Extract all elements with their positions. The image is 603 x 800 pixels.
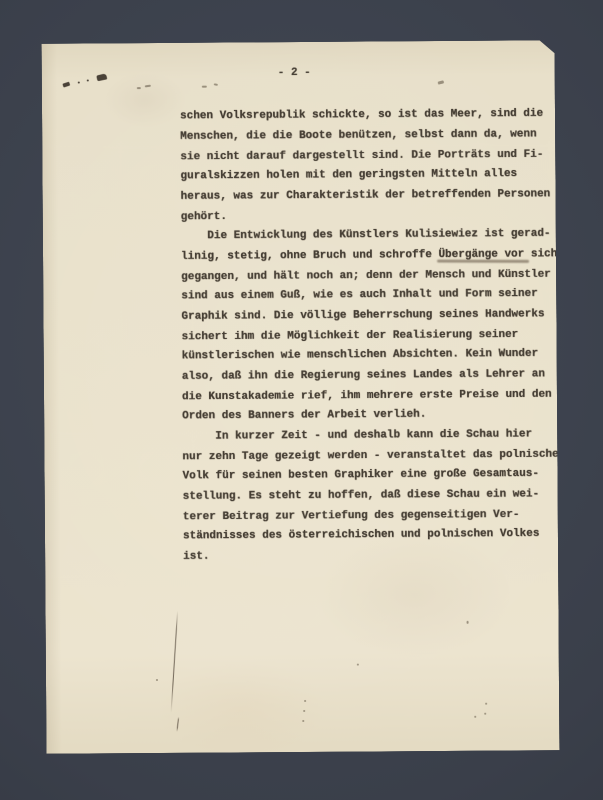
ink-speck — [214, 83, 218, 86]
text-line: Orden des Banners der Arbeit verlieh. — [182, 404, 582, 427]
ink-speck — [304, 700, 306, 702]
text-line: ständnisses des österreichischen und pol… — [183, 524, 583, 547]
crease-line — [176, 717, 179, 732]
ink-speck — [145, 85, 151, 88]
ink-speck — [357, 664, 359, 666]
text-line: ist. — [183, 544, 583, 567]
ink-speck — [484, 713, 486, 715]
ink-speck — [137, 87, 141, 89]
text-line: guralskizzen holen mit den geringsten Mi… — [180, 164, 580, 187]
text-line: schen Volksrepublik schickte, so ist das… — [180, 104, 580, 127]
ink-speck — [474, 716, 476, 718]
text-line: künstlerischen wie menschlichen Absichte… — [182, 344, 582, 367]
text-line: heraus, was zur Charakteristik der betre… — [181, 184, 581, 207]
page-number: - 2 - — [278, 65, 311, 81]
text-line: Volk für seinen besten Graphiker eine gr… — [182, 464, 582, 487]
ink-speck — [438, 80, 444, 84]
ink-speck — [87, 79, 89, 81]
text-line: sind aus einem Guß, wie es auch Inhalt u… — [181, 284, 581, 307]
text-line: Menschen, die die Boote benützen, selbst… — [180, 124, 580, 147]
ink-speck — [78, 82, 80, 84]
text-line: also, daß ihn die Regierung seines Lande… — [182, 364, 582, 387]
ink-smudge — [437, 260, 529, 263]
ink-speck — [485, 703, 487, 705]
text-line: stellung. Es steht zu hoffen, daß diese … — [183, 484, 583, 507]
text-line: linig, stetig, ohne Bruch und schroffe Ü… — [181, 244, 581, 267]
text-line: Graphik sind. Die völlige Beherrschung s… — [181, 304, 581, 327]
ink-speck — [156, 679, 158, 681]
ink-speck — [96, 73, 107, 81]
text-line: In kurzer Zeit - und deshalb kann die Sc… — [182, 424, 582, 447]
crease-line — [171, 611, 179, 713]
text-line: Die Entwicklung des Künstlers Kulisiewie… — [181, 224, 581, 247]
ink-speck — [467, 621, 469, 624]
typed-text-block: schen Volksrepublik schickte, so ist das… — [180, 104, 583, 567]
ink-speck — [303, 710, 305, 712]
ink-speck — [302, 720, 304, 722]
document-page: - 2 - schen Volksrepublik schickte, so i… — [42, 40, 560, 754]
ink-speck — [62, 82, 70, 88]
ink-speck — [202, 86, 207, 88]
